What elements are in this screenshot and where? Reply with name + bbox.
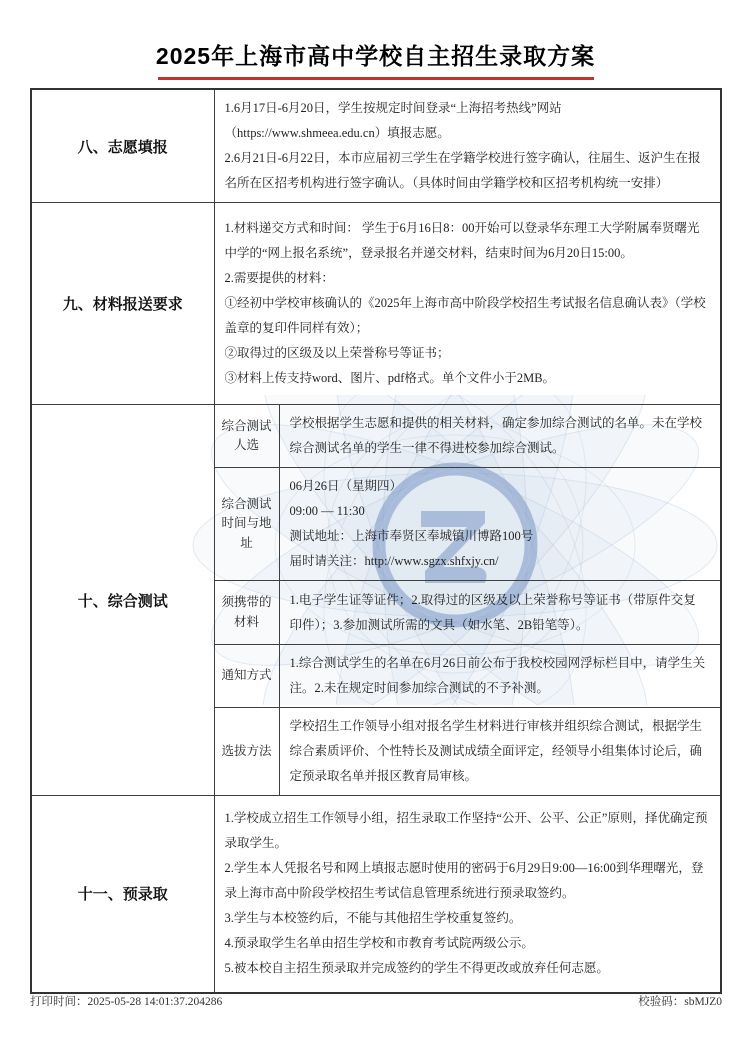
print-time-value: 2025-05-28 14:01:37.204286 — [88, 996, 223, 1008]
paragraph: 学校招生工作领导小组对报名学生材料进行审核并组织综合测试，根据学生综合素质评价、… — [290, 714, 709, 789]
document-page: 2025年上海市高中学校自主招生录取方案 八、志愿填报 1.6月17日-6月20… — [0, 0, 751, 1063]
print-time-label: 打印时间： — [30, 996, 88, 1008]
paragraph: 2.学生本人凭报名号和网上填报志愿时使用的密码于6月29日9:00—16:00到… — [225, 856, 709, 906]
page-title: 2025年上海市高中学校自主招生录取方案 — [0, 38, 751, 71]
paragraph: （https://www.shmeea.edu.cn）填报志愿。 — [225, 121, 709, 146]
paragraph: ③材料上传支持word、图片、pdf格式。单个文件小于2MB。 — [225, 366, 709, 391]
section-11-label: 十一、预录取 — [31, 796, 214, 993]
paragraph: 4.预录取学生名单由招生学校和市教育考试院两级公示。 — [225, 931, 709, 956]
paragraph: 1.学校成立招生工作领导小组，招生录取工作坚持“公开、公平、公正”原则，择优确定… — [225, 806, 709, 856]
verification-code-label: 校验码： — [638, 996, 684, 1008]
paragraph: 1.材料递交方式和时间： 学生于6月16日8：00开始可以登录华东理工大学附属奉… — [225, 216, 709, 266]
paragraph: 3.学生与本校签约后，不能与其他招生学校重复签约。 — [225, 906, 709, 931]
section-9-label: 九、材料报送要求 — [31, 203, 214, 405]
paragraph: 5.被本校自主招生预录取并完成签约的学生不得更改或放弃任何志愿。 — [225, 956, 709, 981]
table-row: 九、材料报送要求 1.材料递交方式和时间： 学生于6月16日8：00开始可以登录… — [31, 203, 721, 405]
section-10-label: 十、综合测试 — [31, 405, 214, 796]
paragraph: 1.综合测试学生的名单在6月26日前公布于我校校园网浮标栏目中，请学生关注。2.… — [290, 651, 709, 701]
subrow-notification-label: 通知方式 — [214, 645, 279, 708]
subrow-time-place-label: 综合测试时间与地址 — [214, 468, 279, 581]
print-time: 打印时间：2025-05-28 14:01:37.204286 — [30, 993, 222, 1009]
paragraph: 1.电子学生证等证件；2.取得过的区级及以上荣誉称号等证书（带原件交复印件）；3… — [290, 588, 709, 638]
section-9-content: 1.材料递交方式和时间： 学生于6月16日8：00开始可以登录华东理工大学附属奉… — [214, 203, 721, 405]
paragraph: 2.需要提供的材料： — [225, 266, 709, 291]
section-8-content: 1.6月17日-6月20日，学生按规定时间登录“上海招考热线”网站 （https… — [214, 89, 721, 203]
paragraph: 测试地址：上海市奉贤区奉城镇川博路100号 — [290, 524, 709, 549]
subrow-selection-content: 学校招生工作领导小组对报名学生材料进行审核并组织综合测试，根据学生综合素质评价、… — [279, 708, 721, 796]
print-footer: 打印时间：2025-05-28 14:01:37.204286 校验码：sbMJ… — [30, 993, 722, 1009]
paragraph: 届时请关注：http://www.sgzx.shfxjy.cn/ — [290, 549, 709, 574]
subrow-candidates-label: 综合测试人选 — [214, 405, 279, 468]
paragraph: 06月26日（星期四） — [290, 474, 709, 499]
paragraph: ①经初中学校审核确认的《2025年上海市高中阶段学校招生考试报名信息确认表》（学… — [225, 291, 709, 341]
admission-plan-table: 八、志愿填报 1.6月17日-6月20日，学生按规定时间登录“上海招考热线”网站… — [30, 88, 722, 994]
section-11-content: 1.学校成立招生工作领导小组，招生录取工作坚持“公开、公平、公正”原则，择优确定… — [214, 796, 721, 993]
verification-code-value: sbMJZ0 — [684, 996, 722, 1008]
subrow-notification-content: 1.综合测试学生的名单在6月26日前公布于我校校园网浮标栏目中，请学生关注。2.… — [279, 645, 721, 708]
title-underline — [158, 77, 594, 80]
paragraph: 2.6月21日-6月22日，本市应届初三学生在学籍学校进行签字确认，往届生、返沪… — [225, 146, 709, 196]
paragraph: 学校根据学生志愿和提供的相关材料，确定参加综合测试的名单。未在学校综合测试名单的… — [290, 411, 709, 461]
section-8-label: 八、志愿填报 — [31, 89, 214, 203]
subrow-selection-label: 选拔方法 — [214, 708, 279, 796]
paragraph: 1.6月17日-6月20日，学生按规定时间登录“上海招考热线”网站 — [225, 96, 709, 121]
subrow-materials-label: 须携带的材料 — [214, 581, 279, 645]
table-row: 十、综合测试 综合测试人选 学校根据学生志愿和提供的相关材料，确定参加综合测试的… — [31, 405, 721, 468]
subrow-candidates-content: 学校根据学生志愿和提供的相关材料，确定参加综合测试的名单。未在学校综合测试名单的… — [279, 405, 721, 468]
subrow-materials-content: 1.电子学生证等证件；2.取得过的区级及以上荣誉称号等证书（带原件交复印件）；3… — [279, 581, 721, 645]
paragraph: ②取得过的区级及以上荣誉称号等证书； — [225, 341, 709, 366]
verification-code: 校验码：sbMJZ0 — [638, 993, 722, 1009]
table-row: 八、志愿填报 1.6月17日-6月20日，学生按规定时间登录“上海招考热线”网站… — [31, 89, 721, 203]
subrow-time-place-content: 06月26日（星期四） 09:00 — 11:30 测试地址：上海市奉贤区奉城镇… — [279, 468, 721, 581]
table-row: 十一、预录取 1.学校成立招生工作领导小组，招生录取工作坚持“公开、公平、公正”… — [31, 796, 721, 993]
paragraph: 09:00 — 11:30 — [290, 499, 709, 524]
